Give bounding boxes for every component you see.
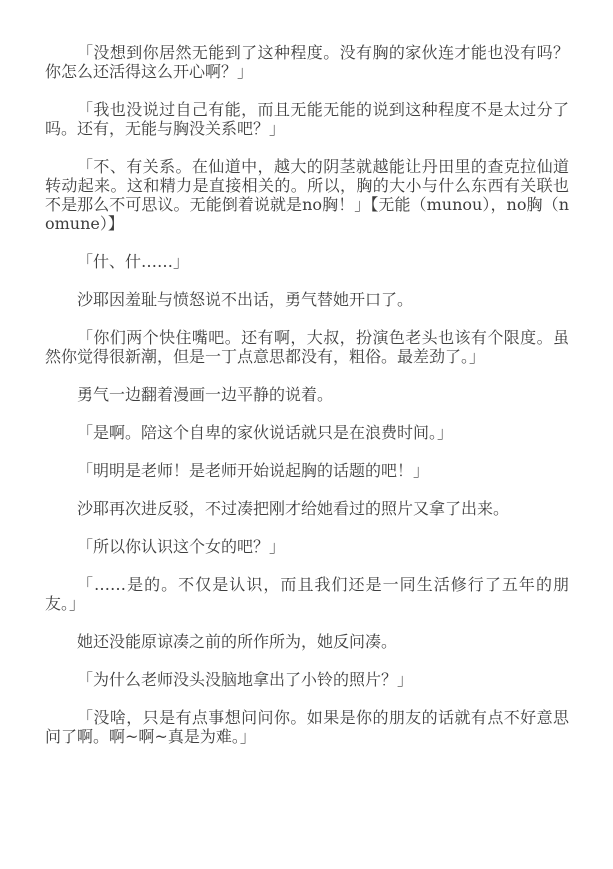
dialogue-paragraph: 「为什么老师没头没脑地拿出了小铃的照片？」: [45, 670, 569, 689]
narration-paragraph: 沙耶再次进反驳，不过凑把刚才给她看过的照片又拿了出来。: [45, 499, 569, 518]
dialogue-paragraph: 「是啊。陪这个自卑的家伙说话就只是在浪费时间。」: [45, 423, 569, 442]
dialogue-paragraph: 「所以你认识这个女的吧？」: [45, 537, 569, 556]
dialogue-paragraph: 「不、有关系。在仙道中，越大的阴茎就越能让丹田里的查克拉仙道转动起来。这和精力是…: [45, 157, 569, 233]
dialogue-paragraph: 「我也没说过自己有能，而且无能无能的说到这种程度不是太过分了吗。还有，无能与胸没…: [45, 100, 569, 138]
dialogue-paragraph: 「没想到你居然无能到了这种程度。没有胸的家伙连才能也没有吗？你怎么还活得这么开心…: [45, 43, 569, 81]
dialogue-paragraph: 「你们两个快住嘴吧。还有啊，大叔，扮演色老头也该有个限度。虽然你觉得很新潮，但是…: [45, 328, 569, 366]
dialogue-paragraph: 「没啥，只是有点事想问问你。如果是你的朋友的话就有点不好意思问了啊。啊~啊~真是…: [45, 708, 569, 746]
narration-paragraph: 沙耶因羞耻与愤怒说不出话，勇气替她开口了。: [45, 290, 569, 309]
document-page: 「没想到你居然无能到了这种程度。没有胸的家伙连才能也没有吗？你怎么还活得这么开心…: [0, 0, 613, 869]
narration-paragraph: 勇气一边翻着漫画一边平静的说着。: [45, 385, 569, 404]
dialogue-paragraph: 「什、什……」: [45, 252, 569, 271]
dialogue-paragraph: 「明明是老师！是老师开始说起胸的话题的吧！」: [45, 461, 569, 480]
narration-paragraph: 她还没能原谅凑之前的所作所为，她反问凑。: [45, 632, 569, 651]
dialogue-paragraph: 「……是的。不仅是认识，而且我们还是一同生活修行了五年的朋友。」: [45, 575, 569, 613]
novel-text-block: 「没想到你居然无能到了这种程度。没有胸的家伙连才能也没有吗？你怎么还活得这么开心…: [45, 43, 569, 746]
